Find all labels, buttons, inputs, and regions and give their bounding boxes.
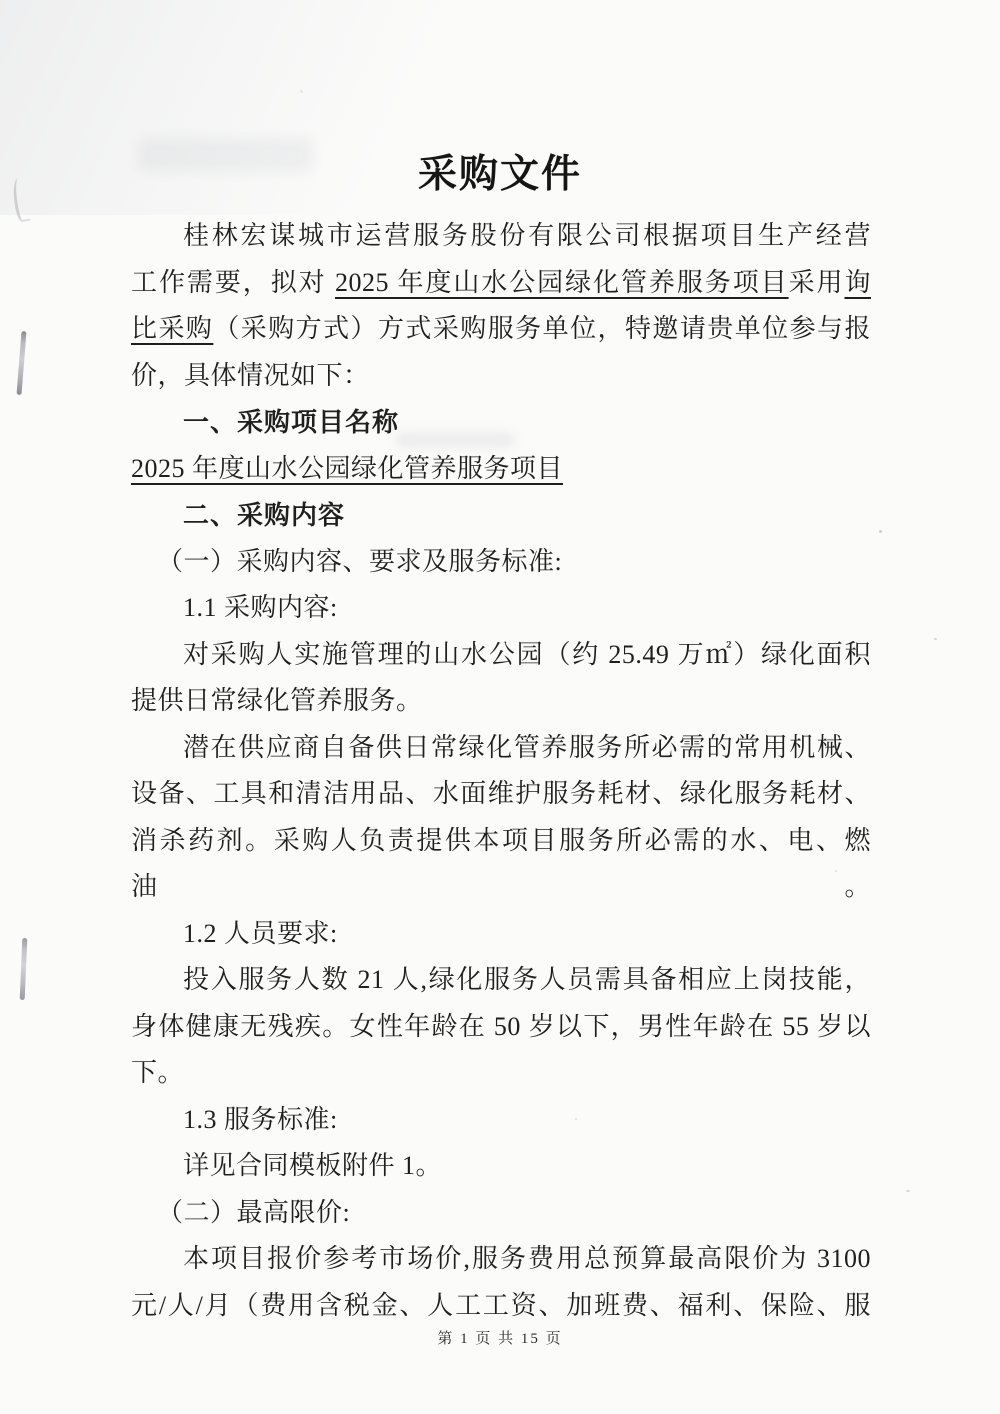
doc-line: 详见合同模板附件 1。 — [131, 1143, 871, 1190]
doc-line: 比采购（采购方式）方式采购服务单位，特邀请贵单位参与报 — [131, 306, 871, 353]
doc-line: （二）最高限价: — [131, 1190, 871, 1237]
doc-line: 元/人/月（费用含税金、人工工资、加班费、福利、保险、服 — [131, 1283, 871, 1330]
staple-mark-artifact — [20, 938, 28, 1000]
text-segment: 1.3 服务标准: — [183, 1105, 338, 1134]
doc-line: 一、采购项目名称 — [131, 399, 871, 446]
text-segment: 价，具体情况如下： — [131, 361, 370, 390]
text-segment: 下。 — [131, 1058, 184, 1087]
doc-line: 潜在供应商自备供日常绿化管养服务所必需的常用机械、 — [131, 725, 871, 772]
page-number-footer: 第 1 页 共 15 页 — [0, 1327, 1000, 1348]
doc-line: 提供日常绿化管养服务。 — [131, 678, 871, 725]
text-segment: 身体健康无残疾。女性年龄在 50 岁以下，男性年龄在 55 岁以 — [131, 1012, 871, 1041]
document-body: 桂林宏谋城市运营服务股份有限公司根据项目生产经营工作需要，拟对 2025 年度山… — [131, 213, 871, 1329]
text-segment: （二）最高限价: — [157, 1198, 350, 1227]
doc-line: 本项目报价参考市场价,服务费用总预算最高限价为 3100 — [131, 1236, 871, 1283]
text-segment: 元/人/月（费用含税金、人工工资、加班费、福利、保险、服 — [131, 1291, 871, 1320]
text-segment: （采购方式）方式采购服务单位，特邀请贵单位参与报 — [213, 314, 871, 343]
underlined-text: 2025 年度山水公园绿化管养服务项目 — [335, 268, 789, 297]
underlined-text: 2025 年度山水公园绿化管养服务项目 — [131, 454, 563, 483]
text-segment: 潜在供应商自备供日常绿化管养服务所必需的常用机械、 — [183, 733, 871, 762]
doc-line: 1.1 采购内容: — [131, 585, 871, 632]
scan-speck — [934, 638, 937, 640]
text-segment: 工作需要，拟对 — [131, 268, 335, 297]
underlined-text: 比采购 — [131, 314, 213, 343]
underlined-text: 询 — [844, 268, 871, 297]
text-segment: 采用 — [789, 268, 845, 297]
doc-line: 消杀药剂。采购人负责提供本项目服务所必需的水、电、燃油。 — [131, 818, 871, 911]
scan-speck — [879, 530, 882, 533]
text-segment: 对采购人实施管理的山水公园（约 25.49 万㎡）绿化面积 — [183, 640, 871, 669]
text-segment: 二、采购内容 — [183, 500, 345, 530]
text-segment: 桂林宏谋城市运营服务股份有限公司根据项目生产经营 — [183, 221, 871, 250]
text-segment: 本项目报价参考市场价,服务费用总预算最高限价为 3100 — [183, 1244, 871, 1273]
text-segment: 一、采购项目名称 — [183, 407, 399, 437]
doc-line: 对采购人实施管理的山水公园（约 25.49 万㎡）绿化面积 — [131, 632, 871, 679]
doc-line: （一）采购内容、要求及服务标准: — [131, 539, 871, 586]
scanned-document-page: 采购文件 桂林宏谋城市运营服务股份有限公司根据项目生产经营工作需要，拟对 202… — [0, 0, 1000, 1414]
text-segment: 1.1 采购内容: — [183, 593, 338, 622]
doc-line: 投入服务人数 21 人,绿化服务人员需具备相应上岗技能， — [131, 957, 871, 1004]
doc-line: 1.2 人员要求: — [131, 911, 871, 958]
doc-line: 身体健康无残疾。女性年龄在 50 岁以下，男性年龄在 55 岁以 — [131, 1004, 871, 1051]
doc-line: 设备、工具和清洁用品、水面维护服务耗材、绿化服务耗材、 — [131, 771, 871, 818]
doc-line: 工作需要，拟对 2025 年度山水公园绿化管养服务项目采用询 — [131, 260, 871, 307]
doc-line: 桂林宏谋城市运营服务股份有限公司根据项目生产经营 — [131, 213, 871, 260]
text-segment: 1.2 人员要求: — [183, 919, 338, 948]
staple-mark-artifact — [16, 331, 26, 395]
doc-line: 价，具体情况如下： — [131, 353, 871, 400]
text-segment: 投入服务人数 21 人,绿化服务人员需具备相应上岗技能， — [183, 965, 871, 994]
doc-line: 1.3 服务标准: — [131, 1097, 871, 1144]
doc-line: 2025 年度山水公园绿化管养服务项目 — [131, 446, 871, 493]
scan-speck — [906, 1190, 910, 1192]
text-segment: 消杀药剂。采购人负责提供本项目服务所必需的水、电、燃油。 — [131, 826, 871, 902]
text-segment: 详见合同模板附件 1。 — [183, 1151, 442, 1180]
doc-line: 二、采购内容 — [131, 492, 871, 539]
text-segment: 提供日常绿化管养服务。 — [131, 686, 423, 715]
document-title: 采购文件 — [0, 143, 1000, 199]
doc-line: 下。 — [131, 1050, 871, 1097]
text-segment: 设备、工具和清洁用品、水面维护服务耗材、绿化服务耗材、 — [131, 779, 871, 808]
scan-speck — [300, 90, 303, 93]
text-segment: （一）采购内容、要求及服务标准: — [157, 547, 562, 576]
